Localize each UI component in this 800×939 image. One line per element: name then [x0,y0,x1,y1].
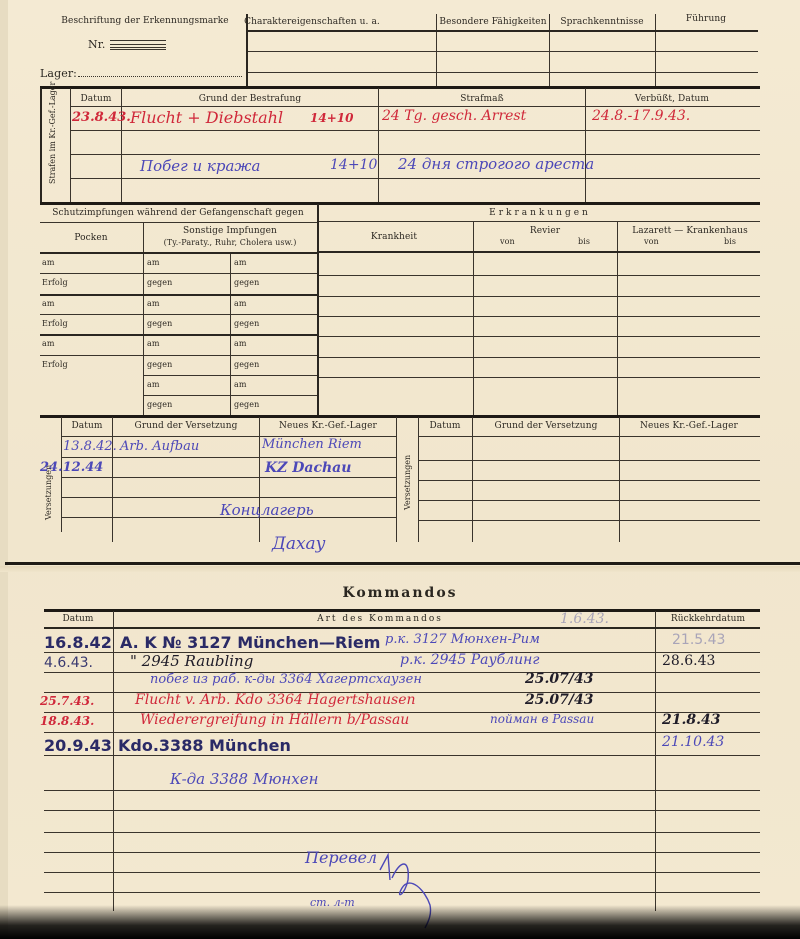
rule [248,72,758,73]
rule [70,130,760,131]
rule [40,86,760,89]
rule [40,222,317,223]
strafen-col-verbuesst: Verbüßt, Datum [635,94,709,104]
impfung-cell: gegen [234,400,259,409]
impfungen-col-sonstige-sub: (Ty.-Paraty., Ruhr, Cholera usw.) [164,238,297,247]
erkennungsmarke-label: Beschriftung der Erkennungsmarke [61,16,228,26]
kdo-typed-1: A. K № 3127 München—Riem [120,633,380,652]
rule [40,252,317,254]
strafe-strafmass: 24 Tg. gesch. Arrest [382,108,526,124]
divider [655,14,656,86]
rule [40,273,317,274]
rule [143,395,317,396]
strafen-side-label: Strafen im Kr.-Gef.-Lager [48,104,57,184]
revier-bis: bis [578,237,590,246]
strafe-grund-ru: Побег и кража [140,157,260,175]
strafe-code-ru: 14+10 [330,157,377,173]
kdo-hand2-5: пойман в Passau [490,712,594,726]
col-faehigkeiten: Besondere Fähigkeiten [439,17,546,27]
versetzung-right-col-grund: Grund der Versetzung [495,421,598,431]
strafen-col-grund: Grund der Bestrafung [199,94,302,104]
kdo-hand-3: побег из раб. к-ды 3364 Хагертсхаузен [150,672,422,687]
rule [248,51,758,52]
impfung-cell: am [42,339,55,348]
kdo-typed-6: Kdo.3388 München [118,736,291,755]
erkrankungen-col-revier: Revier [530,226,560,236]
rule [44,609,760,612]
impfung-cell: am [234,380,247,389]
rule [319,336,760,337]
kdo-datum-2: 4.6.43. [44,655,93,671]
kommandos-header-note: 1.6.43. [560,611,609,627]
divider [655,611,656,911]
impfung-cell: gegen [147,319,172,328]
kdo-hand-5: Wiederergreifung in Hällern b/Passau [140,712,409,728]
versetzung-grund-1: Arb. Aufbau [120,439,199,454]
erkrankungen-title: Erkrankungen [489,208,591,218]
bottom-shadow [0,905,800,939]
rule [319,221,760,222]
kommandos-col-rueckkehr: Rückkehrdatum [671,614,745,624]
versetzung-note-1: Концлагерь [220,501,314,519]
impfung-cell: am [234,258,247,267]
col-sprachen: Sprachkenntnisse [560,17,643,27]
rule [40,294,317,296]
kommandos-col-datum: Datum [62,614,93,624]
kdo-rueckkehr-5: 21.8.43 [662,712,720,728]
impfung-cell: am [42,258,55,267]
impfung-cell: Erfolg [42,278,68,287]
rule [418,460,760,461]
rule [418,500,760,501]
impfung-cell: Erfolg [42,319,68,328]
rule [61,497,396,498]
page-edge [0,0,8,939]
rule [418,520,760,521]
rule [44,627,760,629]
rule [418,480,760,481]
kdo-rueckkehr-1: 21.5.43 [672,632,725,648]
lager-field [78,76,242,77]
rule [319,377,760,378]
rule [40,314,317,315]
rule [44,755,760,756]
rule [61,477,396,478]
kdo-hand-2: р.к. 2945 Раублинг [400,652,539,668]
versetzung-right-col-lager: Neues Kr.-Gef.-Lager [640,421,738,431]
rule [319,296,760,297]
versetzung-note-2: Дахау [272,534,326,554]
divider [317,204,319,416]
kdo-datum-4: 25.7.43. [40,694,94,708]
rule [61,457,396,458]
impfung-cell: gegen [147,400,172,409]
impfung-cell: am [147,339,160,348]
impfung-cell: gegen [234,360,259,369]
kdo-rueckkehr-6: 21.10.43 [662,734,724,750]
impfung-cell: gegen [147,278,172,287]
kdo-rueckkehr-2: 28.6.43 [662,653,715,669]
rule [248,30,758,32]
document-page: Beschriftung der Erkennungsmarke Nr. Lag… [0,0,800,939]
rule [319,251,760,253]
lazarett-von: von [644,237,659,246]
revier-von: von [500,237,515,246]
strafe-strafmass-ru: 24 дня строгого ареста [398,155,594,173]
impfung-cell: gegen [234,319,259,328]
strafen-col-strafmass: Strafmaß [460,94,504,104]
divider [436,14,437,86]
kdo-hand-4: Flucht v. Arb. Kdo 3364 Hagertshausen [135,692,416,708]
strafe-grund: Flucht + Diebstahl [130,108,283,127]
versetzung-left-col-grund: Grund der Versetzung [135,421,238,431]
versetzung-lager-1: München Riem [262,437,362,452]
kdo-extra-4: 25.07/43 [525,692,593,708]
rule [70,178,760,179]
lazarett-bis: bis [724,237,736,246]
rule [40,415,760,418]
versetzung-lager-2: KZ Dachau [265,460,351,476]
kdo-hand-7: К-да 3388 Мюнхен [170,770,319,788]
impfungen-col-sonstige: Sonstige Impfungen [183,226,277,236]
strafe-datum: 23.8.43. [72,110,131,125]
rule [319,357,760,358]
versetzung-left-col-lager: Neues Kr.-Gef.-Lager [279,421,377,431]
divider [396,417,397,542]
impfung-cell: am [147,258,160,267]
impfungen-col-pocken: Pocken [74,233,107,243]
impfung-cell: am [234,339,247,348]
strafe-verbuesst: 24.8.-17.9.43. [592,108,690,124]
rule [319,275,760,276]
kdo-datum-1: 16.8.42 [44,633,112,652]
rule [44,790,760,791]
kommandos-title: Kommandos [342,585,457,601]
kdo-hand-de-2: " 2945 Raubling [130,652,253,670]
rule [319,316,760,317]
versetzung-datum-1: 13.8.42. [63,439,117,454]
page-fold [0,566,800,572]
impfung-cell: am [147,380,160,389]
nr-label: Nr. [88,38,105,51]
versetzung-datum-2: 24.12.44 [40,460,103,475]
strafe-code: 14+10 [310,111,353,125]
kommandos-col-art: Art des Kommandos [317,614,443,624]
rule [70,106,760,107]
rule [44,732,760,733]
rule [40,355,317,356]
rule [40,334,317,336]
kdo-datum-5: 18.8.43. [40,714,94,728]
col-fuehrung: Führung [686,14,726,24]
lager-label: Lager: [40,67,77,80]
kdo-datum-6: 20.9.43 [44,736,112,755]
kdo-extra-3: 25.07/43 [525,671,593,687]
divider [40,88,42,204]
impfung-cell: am [234,299,247,308]
rule [44,832,760,833]
impfung-cell: am [147,299,160,308]
erkrankungen-col-krankheit: Krankheit [371,232,417,242]
kdo-hand-1: р.к. 3127 Мюнхен-Рим [385,632,540,647]
impfung-cell: gegen [234,278,259,287]
versetzung-right-col-datum: Datum [429,421,460,431]
nr-field [110,40,166,50]
impfung-cell: am [42,299,55,308]
divider [549,14,550,86]
rule [418,436,760,437]
versetzung-left-col-datum: Datum [71,421,102,431]
col-charakter: Charaktereigenschaften u. a. [244,17,380,27]
strafen-col-datum: Datum [80,94,111,104]
impfung-cell: gegen [147,360,172,369]
impfung-cell: Erfolg [42,360,68,369]
versetzungen-right-side-label: Versetzungen [403,440,412,510]
rule [143,375,317,376]
divider [113,611,114,911]
rule [40,202,760,205]
signature-name: Перевел [305,848,377,867]
impfungen-title: Schutzimpfungen während der Gefangenscha… [52,208,303,218]
rule [44,810,760,811]
erkrankungen-col-lazarett: Lazarett — Krankenhaus [632,226,748,236]
rule [5,562,800,565]
